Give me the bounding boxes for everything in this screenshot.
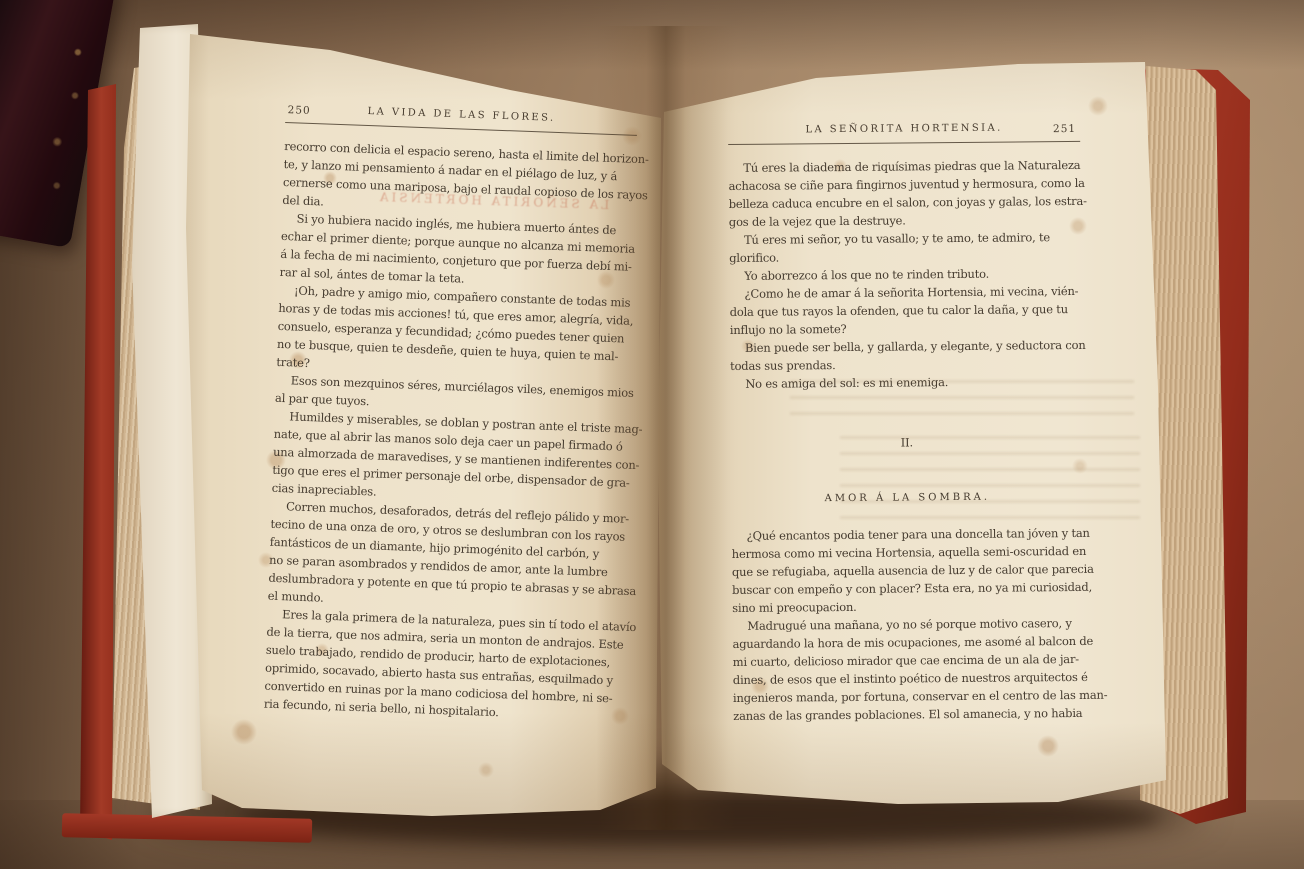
paragraph: No es amiga del sol: es mi enemiga.: [730, 372, 1082, 393]
paragraph: Tú eres mi señor, yo tu vasallo; y te am…: [729, 228, 1081, 267]
page-right-header: 251 LA SEÑORITA HORTENSIA.: [728, 119, 1080, 140]
section-title: AMOR Á LA SOMBRA.: [731, 488, 1083, 509]
running-head-right: LA SEÑORITA HORTENSIA.: [728, 119, 1080, 140]
running-head-left: LA VIDA DE LAS FLORES.: [285, 100, 637, 131]
section-number: II.: [731, 432, 1083, 453]
paragraph: ¿Como he de amar á la señorita Hortensia…: [729, 282, 1081, 339]
header-rule-right: [728, 141, 1080, 145]
paragraph: Corren muchos, desaforados, detrás del r…: [267, 497, 623, 618]
paragraph: Eres la gala primera de la naturaleza, p…: [264, 605, 620, 726]
page-number-left: 250: [287, 101, 311, 120]
paragraph: ¡Oh, padre y amigo mio, compañero consta…: [276, 281, 631, 384]
paragraph: Bien puede ser bella, y gallarda, y eleg…: [730, 336, 1082, 375]
page-left: 250 LA VIDA DE LAS FLORES. recorro con d…: [180, 28, 664, 824]
paragraph: Si yo hubiera nacido inglés, me hubiera …: [279, 209, 633, 294]
paragraph: ¿Qué encantos podia tener para una donce…: [732, 524, 1085, 617]
page-left-header: 250 LA VIDA DE LAS FLORES.: [285, 100, 637, 131]
paragraph: recorro con delicia el espacio sereno, h…: [282, 137, 636, 222]
page-left-text: 250 LA VIDA DE LAS FLORES. recorro con d…: [264, 100, 638, 725]
paragraph: Tú eres la diadema de riquísimas piedras…: [728, 156, 1081, 231]
paragraph: Humildes y miserables, se doblan y postr…: [271, 407, 626, 510]
paragraph: Madrugué una mañana, yo no sé porque mot…: [732, 614, 1085, 725]
page-number-right: 251: [1053, 120, 1076, 138]
page-right-text: 251 LA SEÑORITA HORTENSIA. Tú eres la di…: [728, 119, 1085, 725]
